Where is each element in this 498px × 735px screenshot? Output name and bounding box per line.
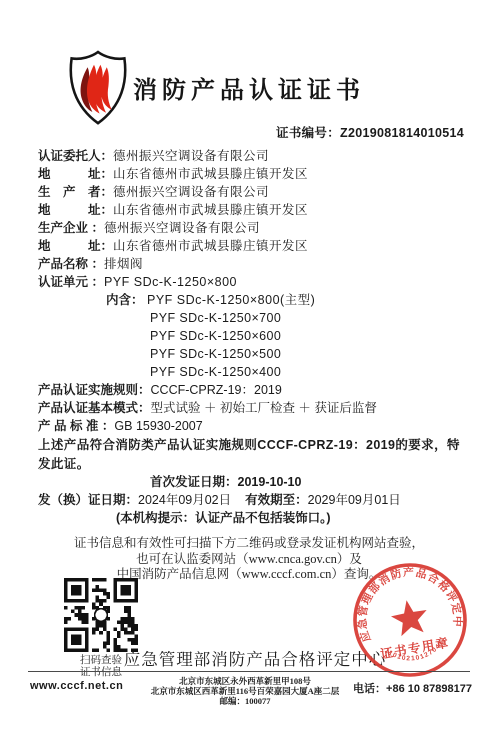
field-label: 认证委托人：: [38, 147, 113, 165]
model-line: PYF SDc-K-1250×400: [38, 363, 466, 381]
field-label: 地 址：: [38, 165, 113, 183]
contains-label: 内含：: [106, 293, 144, 307]
field-row-producer: 生 产 者：德州振兴空调设备有限公司: [38, 183, 466, 201]
certificate-body: 认证委托人：德州振兴空调设备有限公司 地 址：山东省德州市武城县滕庄镇开发区 生…: [38, 147, 466, 527]
rule-row-implementation: 产品认证实施规则：CCCF-CPRZ-19：2019: [38, 381, 466, 399]
field-row-applicant: 认证委托人：德州振兴空调设备有限公司: [38, 147, 466, 165]
certificate-number: 证书编号：Z2019081814010514: [276, 123, 464, 141]
field-row-address-1: 地 址：山东省德州市武城县滕庄镇开发区: [38, 165, 466, 183]
model-list: PYF SDc-K-1250×700PYF SDc-K-1250×600PYF …: [38, 309, 466, 381]
qr-code: [64, 578, 138, 652]
field-value: 山东省德州市武城县滕庄镇开发区: [113, 203, 308, 217]
first-issue-value: 2019-10-10: [238, 475, 302, 489]
field-label: 认证单元 ：: [38, 273, 104, 291]
field-row-cert-unit: 认证单元 ：PYF SDc-K-1250×800: [38, 273, 466, 291]
certificate-number-value: Z2019081814010514: [340, 126, 464, 140]
contains-main-model: PYF SDc-K-1250×800(主型): [147, 293, 315, 307]
rule-row-standard: 产 品 标 准 ：GB 15930-2007: [38, 417, 466, 435]
field-row-product-name: 产品名称 ：排烟阀: [38, 255, 466, 273]
field-row-address-2: 地 址：山东省德州市武城县滕庄镇开发区: [38, 201, 466, 219]
field-label: 地 址：: [38, 237, 113, 255]
verification-line: 证书信息和有效性可扫描下方二维码或登录发证机构网站查验，: [0, 536, 498, 552]
agency-note: (本机构提示：认证产品不包括装饰口。): [38, 509, 466, 527]
footer-address-line: 北京市东城区永外西革新里甲108号: [120, 676, 370, 686]
rule-value: CCCF-CPRZ-19：2019: [151, 383, 282, 397]
field-row-address-3: 地 址：山东省德州市武城县滕庄镇开发区: [38, 237, 466, 255]
rule-value: GB 15930-2007: [114, 419, 202, 433]
page-title: 消防产品认证证书: [0, 70, 498, 105]
field-value: 排烟阀: [104, 257, 143, 271]
conformity-statement: 上述产品符合消防类产品认证实施规则CCCF-CPRZ-19：2019的要求，特发…: [38, 436, 462, 473]
issuing-organization-name: 应急管理部消防产品合格评定中心: [120, 646, 390, 670]
field-label: 生产企业 ：: [38, 219, 104, 237]
issue-date-value: 2024年09月02日: [138, 493, 231, 507]
certificate-page: 消防产品认证证书 证书编号：Z2019081814010514 认证委托人：德州…: [0, 0, 498, 735]
rule-row-mode: 产品认证基本模式：型式试验 ＋ 初始工厂检查 ＋ 获证后监督: [38, 399, 466, 417]
footer-divider: [28, 671, 470, 672]
rule-label: 产品认证实施规则：: [38, 383, 151, 397]
field-row-manufacturer: 生产企业 ：德州振兴空调设备有限公司: [38, 219, 466, 237]
footer-phone: 电话：+86 10 87898177: [353, 680, 472, 696]
first-issue-label: 首次发证日期：: [150, 475, 238, 489]
field-label: 地 址：: [38, 201, 113, 219]
field-label: 产品名称 ：: [38, 255, 104, 273]
field-value: 山东省德州市武城县滕庄镇开发区: [113, 167, 308, 181]
valid-until-label: 有效期至：: [245, 493, 308, 507]
valid-until-value: 2029年09月01日: [308, 493, 401, 507]
rule-label: 产品认证基本模式：: [38, 401, 151, 415]
field-value: 德州振兴空调设备有限公司: [113, 149, 269, 163]
model-line: PYF SDc-K-1250×700: [38, 309, 466, 327]
issue-date-label: 发（换）证日期：: [38, 493, 138, 507]
certificate-seal-stamp-icon: 应急管理部消防产品合格评定中心 证书专用章 11010210127041: [340, 550, 479, 689]
footer-website: www.cccf.net.cn: [30, 680, 123, 692]
field-value: 德州振兴空调设备有限公司: [104, 221, 260, 235]
issue-valid-row: 发（换）证日期：2024年09月02日有效期至：2029年09月01日: [38, 491, 466, 509]
model-line: PYF SDc-K-1250×600: [38, 327, 466, 345]
footer-address-line: 北京市东城区西革新里116号百荣嘉园大厦A座二层: [120, 686, 370, 696]
seal-star-icon: [389, 597, 431, 637]
field-label: 生 产 者：: [38, 183, 113, 201]
certificate-number-label: 证书编号：: [276, 126, 340, 140]
model-line: PYF SDc-K-1250×500: [38, 345, 466, 363]
contains-row: 内含： PYF SDc-K-1250×800(主型): [38, 291, 466, 309]
field-value: PYF SDc-K-1250×800: [104, 275, 237, 289]
footer-address: 北京市东城区永外西革新里甲108号北京市东城区西革新里116号百荣嘉园大厦A座二…: [120, 676, 370, 706]
field-value: 山东省德州市武城县滕庄镇开发区: [113, 239, 308, 253]
rule-value: 型式试验 ＋ 初始工厂检查 ＋ 获证后监督: [151, 401, 377, 415]
footer-address-line: 邮编：100077: [120, 696, 370, 706]
rule-label: 产 品 标 准 ：: [38, 419, 114, 433]
field-value: 德州振兴空调设备有限公司: [113, 185, 269, 199]
first-issue-date-row: 首次发证日期：2019-10-10: [38, 473, 466, 491]
